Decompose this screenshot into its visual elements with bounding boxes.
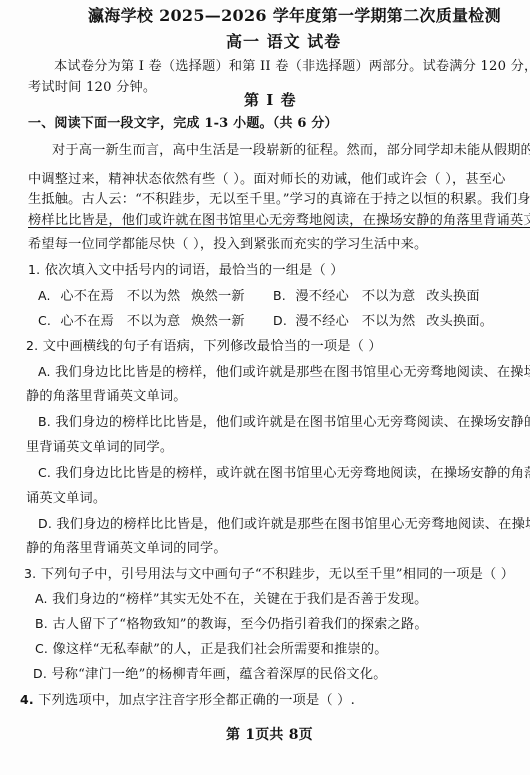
option-word: 焕然一新	[191, 314, 245, 330]
option-word: 不以为然	[362, 314, 422, 330]
exam-title: 瀛海学校 2025—2026 学年度第一学期第二次质量检测	[88, 8, 501, 24]
exam-intro-line2: 考试时间 120 分钟。	[28, 80, 156, 96]
option-label: A.	[35, 591, 48, 606]
q3-option-b[interactable]: B. 古人留下了“格物致知”的教诲，至今仍指引着我们的探索之路。	[35, 616, 428, 633]
option-word: 心不在焉	[60, 314, 122, 330]
option-word: 改头换面	[426, 289, 480, 305]
option-text: 我们身边的榜样比比皆是，他们或许就是在图书馆里心无旁骛阅读、在操场安静的角落	[55, 415, 530, 430]
page-indicator: 第 1页共 8页	[226, 727, 313, 743]
option-line: A. 我们身边比比皆是的榜样，他们或许就是那些在图书馆里心无旁骛地阅读、在操场安	[38, 364, 530, 381]
option-word: 不以为然	[127, 289, 187, 305]
q1-option-c[interactable]: C. 心不在焉 不以为意 焕然一新	[38, 313, 245, 330]
underlined-sentence: 榜样比比皆是，他们或许就在图书馆里心无旁骛地阅读，在操场安静的角落里背诵英文单词	[28, 213, 530, 228]
q3-option-a[interactable]: A. 我们身边的“榜样”其实无处不在，关键在于我们是否善于发现。	[35, 591, 427, 608]
option-word: 不以为意	[362, 289, 422, 305]
q1-option-a[interactable]: A. 心不在焉 不以为然 焕然一新	[38, 288, 245, 305]
question-stem: 下列选项中，加点字注音字形全都正确的一项是（ ）.	[38, 693, 355, 708]
option-label: D.	[33, 666, 47, 681]
question-stem: 下列句子中，引号用法与文中画句子“不积跬步，无以至千里”相同的一项是（ ）	[41, 567, 514, 582]
question-stem: 文中画横线的句子有语病，下列修改最恰当的一项是（ ）	[43, 339, 382, 354]
question-number: 4.	[20, 692, 34, 707]
option-word: 不以为意	[127, 314, 187, 330]
option-text: 像这样“无私奉献”的人，正是我们社会所需要和推崇的。	[53, 642, 388, 657]
question-3: 3. 下列句子中，引号用法与文中画句子“不积跬步，无以至千里”相同的一项是（ ）	[24, 566, 514, 583]
option-text-cont: 诵英文单词。	[26, 491, 106, 507]
option-text-cont: 静的角落里背诵英文单词。	[26, 389, 187, 405]
option-label: D.	[38, 516, 52, 531]
option-word: 心不在焉	[60, 289, 122, 305]
question-1: 1. 依次填入文中括号内的词语，最恰当的一组是（ ）	[28, 262, 344, 279]
question-4: 4. 下列选项中，加点字注音字形全都正确的一项是（ ）.	[20, 692, 355, 709]
option-text: 古人留下了“格物致知”的教诲，至今仍指引着我们的探索之路。	[52, 617, 427, 632]
option-text-cont: 里背诵英文单词的同学。	[26, 440, 173, 456]
volume-heading: 第 I 卷	[244, 92, 296, 108]
q1-option-d[interactable]: D. 漫不经心 不以为然 改头换面。	[273, 313, 493, 330]
option-line: C. 我们身边比比皆是的榜样，或许就在图书馆里心无旁骛地阅读，在操场安静的角落里…	[38, 465, 530, 482]
question-2: 2. 文中画横线的句子有语病，下列修改最恰当的一项是（ ）	[26, 338, 382, 355]
option-text: 我们身边比比皆是的榜样，他们或许就是那些在图书馆里心无旁骛地阅读、在操场安	[55, 365, 530, 380]
exam-page: 瀛海学校 2025—2026 学年度第一学期第二次质量检测 高一 语文 试卷 本…	[0, 0, 530, 775]
section-heading: 一、阅读下面一段文字，完成 1-3 小题。（共 6 分）	[28, 116, 338, 132]
passage-line-5: 希望每一位同学都能尽快（ ），投入到紧张而充实的学习生活中来。	[28, 237, 427, 253]
question-number: 1.	[28, 262, 40, 277]
passage-line-4: 榜样比比皆是，他们或许就在图书馆里心无旁骛地阅读，在操场安静的角落里背诵英文单词…	[28, 213, 530, 229]
q3-option-d[interactable]: D. 号称“津门一绝”的杨柳青年画，蕴含着深厚的民俗文化。	[33, 666, 387, 683]
option-label: C.	[35, 641, 48, 656]
option-label: A.	[38, 364, 51, 379]
passage-line-2: 中调整过来，精神状态依然有些（ ）。面对师长的劝诫，他们或许会（ ），甚至心	[28, 172, 506, 188]
option-text: 我们身边的“榜样”其实无处不在，关键在于我们是否善于发现。	[52, 592, 427, 607]
option-label: B.	[38, 414, 51, 429]
option-label: C.	[38, 465, 51, 480]
option-word: 改头换面。	[426, 314, 493, 330]
question-number: 3.	[24, 566, 36, 581]
q1-option-b[interactable]: B. 漫不经心 不以为意 改头换面	[273, 288, 480, 305]
option-label: C.	[38, 313, 56, 329]
passage-line-1: 对于高一新生而言，高中生活是一段崭新的征程。然而，部分同学却未能从假期的闲散	[52, 143, 530, 159]
option-text: 号称“津门一绝”的杨柳青年画，蕴含着深厚的民俗文化。	[51, 667, 386, 682]
passage-line-3: 生抵触。古人云：“不积跬步，无以至千里。”学习的真谛在于持之以恒的积累。我们身边…	[28, 192, 530, 208]
option-word: 焕然一新	[191, 289, 245, 305]
option-line: B. 我们身边的榜样比比皆是，他们或许就是在图书馆里心无旁骛阅读、在操场安静的角…	[38, 414, 530, 431]
option-word: 漫不经心	[295, 314, 357, 330]
exam-subtitle: 高一 语文 试卷	[226, 34, 341, 50]
option-line: D. 我们身边的榜样比比皆是，他们或许就是那些在图书馆里心无旁骛地阅读、在操场安	[38, 516, 530, 533]
option-text: 我们身边的榜样比比皆是，他们或许就是那些在图书馆里心无旁骛地阅读、在操场安	[56, 517, 530, 532]
exam-intro-line1: 本试卷分为第 I 卷（选择题）和第 II 卷（非选择题）两部分。试卷满分 120…	[54, 59, 530, 75]
option-label: B.	[35, 616, 48, 631]
option-label: B.	[273, 288, 291, 304]
q3-option-c[interactable]: C. 像这样“无私奉献”的人，正是我们社会所需要和推崇的。	[35, 641, 388, 658]
option-text: 我们身边比比皆是的榜样，或许就在图书馆里心无旁骛地阅读，在操场安静的角落里背	[56, 466, 530, 481]
question-number: 2.	[26, 338, 38, 353]
option-label: D.	[273, 313, 291, 329]
option-word: 漫不经心	[295, 289, 357, 305]
option-label: A.	[38, 288, 56, 304]
question-stem: 依次填入文中括号内的词语，最恰当的一组是（ ）	[45, 263, 344, 278]
option-text-cont: 静的角落里背诵英文单词的同学。	[26, 541, 227, 557]
